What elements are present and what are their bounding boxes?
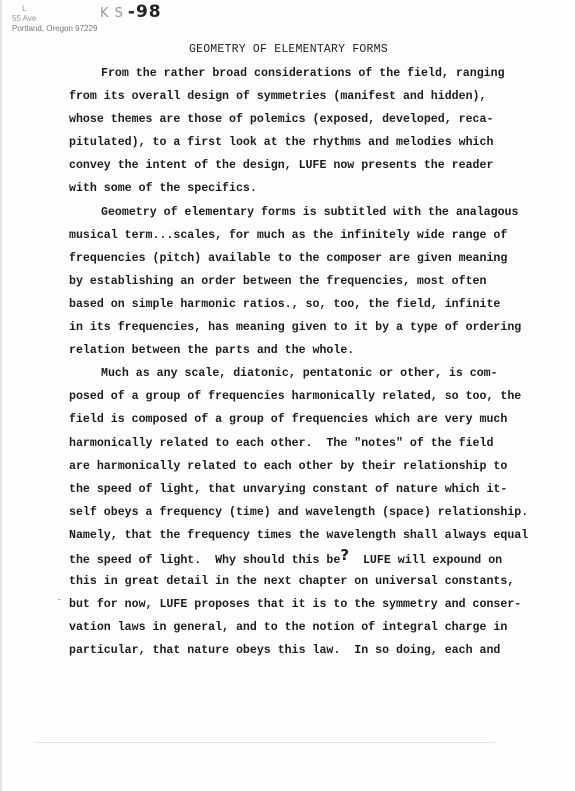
- margin-speck: [58, 599, 61, 600]
- paragraph-3-line: field is composed of a group of frequenc…: [69, 408, 569, 431]
- paragraph-3-line: the speed of light, that unvarying const…: [69, 478, 569, 501]
- paragraph-1-line: from its overall design of symmetries (m…: [69, 85, 569, 108]
- body-text: From the rather broad considerations of …: [69, 62, 569, 662]
- document-page: L 55 Ave Portland, Oregon 97229 K S-98 G…: [0, 0, 575, 791]
- paragraph-3-line-with-question: the speed of light. Why should this be? …: [69, 547, 569, 570]
- line-text-suffix: LUFE will expound on: [349, 554, 502, 567]
- paragraph-2-line: relation between the parts and the whole…: [69, 339, 569, 362]
- paragraph-3-line: particular, that nature obeys this law. …: [69, 639, 569, 662]
- stamp-line-3: Portland, Oregon 97229: [12, 24, 97, 34]
- paragraph-2-line: Geometry of elementary forms is subtitle…: [69, 201, 569, 224]
- paragraph-2-line: by establishing an order between the fre…: [69, 270, 569, 293]
- handwritten-question-mark: ?: [340, 546, 349, 564]
- paragraph-2-line: frequencies (pitch) available to the com…: [69, 247, 569, 270]
- paragraph-3-line: Namely, that the frequency times the wav…: [69, 524, 569, 547]
- stamp-line-2: 55 Ave: [12, 14, 97, 24]
- reference-number: -98: [128, 2, 162, 22]
- paragraph-2-line: musical term...scales, for much as the i…: [69, 224, 569, 247]
- paragraph-3-line: but for now, LUFE proposes that it is to…: [69, 593, 569, 616]
- paragraph-2-line: based on simple harmonic ratios., so, to…: [69, 293, 569, 316]
- paragraph-3-line: Much as any scale, diatonic, pentatonic …: [69, 362, 569, 385]
- paragraph-3-line: this in great detail in the next chapter…: [69, 570, 569, 593]
- stamp-line-1: L: [12, 4, 97, 14]
- paragraph-1-line: whose themes are those of polemics (expo…: [69, 108, 569, 131]
- faint-bottom-rule: [35, 742, 495, 743]
- paragraph-1-line: convey the intent of the design, LUFE no…: [69, 154, 569, 177]
- line-text: the speed of light. Why should this be: [69, 554, 340, 567]
- paragraph-3-line: harmonically related to each other. The …: [69, 432, 569, 455]
- paragraph-2-line: in its frequencies, has meaning given to…: [69, 316, 569, 339]
- paragraph-1-line: pitulated), to a first look at the rhyth…: [69, 131, 569, 154]
- paragraph-1-line: with some of the specifics.: [69, 177, 569, 200]
- page-title: GEOMETRY OF ELEMENTARY FORMS: [189, 43, 388, 56]
- paragraph-3-line: vation laws in general, and to the notio…: [69, 616, 569, 639]
- address-stamp: L 55 Ave Portland, Oregon 97229: [12, 4, 97, 34]
- paragraph-3-line: are harmonically related to each other b…: [69, 455, 569, 478]
- reference-prefix: K S: [100, 6, 124, 21]
- page-edge-shadow: [0, 0, 3, 791]
- paragraph-3-line: self obeys a frequency (time) and wavele…: [69, 501, 569, 524]
- handwritten-reference: K S-98: [100, 2, 162, 22]
- paragraph-1-line: From the rather broad considerations of …: [69, 62, 569, 85]
- paragraph-3-line: posed of a group of frequencies harmonic…: [69, 385, 569, 408]
